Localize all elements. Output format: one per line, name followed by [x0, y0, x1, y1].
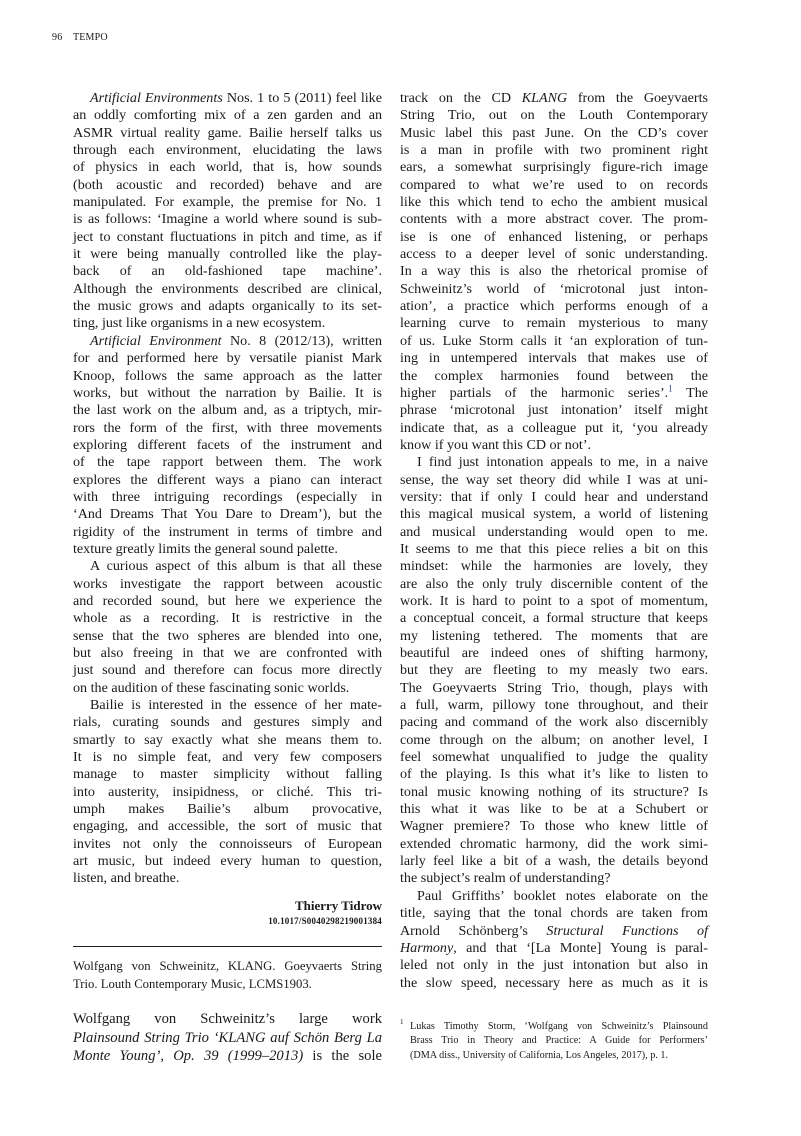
text-run: but also freeing in that we are confront… [73, 645, 382, 661]
text-run: Arnold Schönberg’s [400, 923, 546, 939]
text-line: on the audition of these fascinating son… [73, 680, 382, 697]
text-line: into austerity, insipidness, or cliché. … [73, 784, 382, 801]
text-run: ise is one of enhanced listening, or per… [400, 229, 708, 245]
listing-line: Wolfgang von Schweinitz, KLANG. Goeyvaer… [73, 957, 382, 975]
text-line: tonal music knowing nothing of its struc… [400, 784, 708, 801]
text-line: I find just intonation appeals to me, in… [400, 454, 708, 471]
text-line: ting, just like organisms in a new ecosy… [73, 315, 382, 332]
text-line: ise is one of enhanced listening, or per… [400, 229, 708, 246]
text-run: the complex harmonies found between the [400, 368, 708, 384]
text-run: works, but without the narration by Bail… [73, 385, 382, 401]
text-line: sense that the two spheres are blended i… [73, 628, 382, 645]
text-line: compared to what we’re used to on record… [400, 177, 708, 194]
text-run: sense that the two spheres are blended i… [73, 628, 382, 644]
footnote-line: Brass Trio in Theory and Practice: A Gui… [400, 1034, 708, 1048]
text-line: String Trio, out on the Louth Contempora… [400, 107, 708, 124]
italic-title: Monte Young’, Op. 39 (1999–2013) [73, 1048, 303, 1064]
text-line: and musical understanding would open to … [400, 524, 708, 541]
italic-title: KLANG [522, 90, 567, 106]
italic-title: Harmony [400, 940, 453, 956]
text-line: Bailie is interested in the essence of h… [73, 697, 382, 714]
text-line: smartly to say exactly what she means th… [73, 732, 382, 749]
text-line: It seems to me that this piece relies a … [400, 541, 708, 558]
paragraph: Artificial Environments Nos. 1 to 5 (201… [73, 90, 382, 333]
text-line: of the tape rapport between them. The wo… [73, 454, 382, 471]
text-line: ears, a somewhat surprisingly figure-ric… [400, 159, 708, 176]
text-line: and recorded sound, but here we experien… [73, 593, 382, 610]
text-line: just sound and therefore can focus more … [73, 662, 382, 679]
text-line: ation’, a practice which performs enough… [400, 298, 708, 315]
text-line: Music label this past June. On the CD’s … [400, 125, 708, 142]
text-line: Artificial Environment No. 8 (2012/13), … [73, 333, 382, 350]
text-line: leled not only in the just intonation bu… [400, 957, 708, 974]
left-column: Artificial Environments Nos. 1 to 5 (201… [73, 90, 382, 928]
text-run: a full, warm, pillowy tone throughout, a… [400, 697, 708, 713]
text-line: ASMR virtual reality game. Bailie hersel… [73, 125, 382, 142]
text-run: pacing and command of the work also disc… [400, 714, 708, 730]
text-line: track on the CD KLANG from the Goeyvaert… [400, 90, 708, 107]
text-run: of the playing. Is this what it’s like t… [400, 766, 708, 782]
text-line: learning curve to remain mysterious to m… [400, 315, 708, 332]
text-run: of us. Luke Storm calls it ‘an explorati… [400, 333, 708, 349]
text-run: back of an old-fashioned tape machine’. [73, 263, 382, 279]
text-line: engaging, and accessible, the sort of mu… [73, 818, 382, 835]
text-run: higher partials of the harmonic series’. [400, 385, 668, 401]
text-line: come through on the album; on another le… [400, 732, 708, 749]
text-line: indicate that, as a colleague put it, ‘y… [400, 420, 708, 437]
footnote-line: Lukas Timothy Storm, ‘Wolfgang von Schwe… [400, 1020, 708, 1034]
text-run: compared to what we’re used to on record… [400, 177, 708, 193]
text-run: extended chromatic harmony, did the work… [400, 836, 708, 852]
text-run: I find just intonation appeals to me, in… [417, 454, 708, 470]
text-run: ‘And Dreams That You Dare to Dream’), bu… [73, 506, 382, 522]
text-run: learning curve to remain mysterious to m… [400, 315, 708, 331]
text-run: and musical understanding would open to … [400, 524, 708, 540]
text-run: the subject’s realm of understanding? [400, 870, 611, 886]
text-line: ‘And Dreams That You Dare to Dream’), bu… [73, 506, 382, 523]
text-run: through each environment, elucidating th… [73, 142, 382, 158]
text-run: art music, but indeed every human to que… [73, 853, 382, 869]
text-line: larly feel like a bit of a wash, the det… [400, 853, 708, 870]
text-run: The [673, 385, 708, 401]
text-line: pacing and command of the work also disc… [400, 714, 708, 731]
review-separator-rule [73, 946, 382, 947]
text-line: the last work on the album and, as a tri… [73, 402, 382, 419]
text-run: the last work on the album and, as a tri… [73, 402, 382, 418]
text-run: versity: that if only I could hear and u… [400, 489, 708, 505]
text-line: it were being manually controlled like t… [73, 246, 382, 263]
text-line: Harmony, and that ‘[La Monte] Young is p… [400, 940, 708, 957]
text-line: Monte Young’, Op. 39 (1999–2013) is the … [73, 1047, 382, 1066]
text-run: know if you want this CD or not’. [400, 437, 591, 453]
text-run: this what it was like to be at a Schuber… [400, 801, 708, 817]
doi-link[interactable]: 10.1017/S0040298219001384 [73, 914, 382, 928]
text-line: manipulated. For example, the premise fo… [73, 194, 382, 211]
text-run: manage to master simplicity without fall… [73, 766, 382, 782]
text-line: explores the different ways a piano can … [73, 472, 382, 489]
text-line: manage to master simplicity without fall… [73, 766, 382, 783]
reviewer-name: Thierry Tidrow [73, 897, 382, 914]
text-line: the complex harmonies found between the [400, 368, 708, 385]
text-run: an oddly comforting mix of a zen garden … [73, 107, 382, 123]
text-line: Wagner premiere? To those who knew littl… [400, 818, 708, 835]
text-run: of physics in each world, that is, how s… [73, 159, 382, 175]
text-line: The Goeyvaerts String Trio, though, play… [400, 680, 708, 697]
text-line: of physics in each world, that is, how s… [73, 159, 382, 176]
text-line: works investigate the rapport between ac… [73, 576, 382, 593]
text-run: invites not only the connoisseurs of Eur… [73, 836, 382, 852]
text-line: It is no simple feat, and very few compo… [73, 749, 382, 766]
text-line: sense, the way set theory did while I wa… [400, 472, 708, 489]
text-run: ation’, a practice which performs enough… [400, 298, 708, 314]
text-run: A curious aspect of this album is that a… [90, 558, 382, 574]
text-run: String Trio, out on the Louth Contempora… [400, 107, 708, 123]
text-line: Arnold Schönberg’s Structural Functions … [400, 923, 708, 940]
text-line: whole as a recording. It is restrictive … [73, 610, 382, 627]
text-run: tonal music knowing nothing of its struc… [400, 784, 708, 800]
paragraph: Paul Griffiths’ booklet notes elaborate … [400, 888, 708, 992]
footnote-line: (DMA diss., University of California, Lo… [400, 1049, 708, 1063]
text-line: Wolfgang von Schweinitz’s large work [73, 1010, 382, 1029]
text-line: exploring different facets of the instru… [73, 437, 382, 454]
text-run: Music label this past June. On the CD’s … [400, 125, 708, 141]
text-line: access to a deeper level of sonic unders… [400, 246, 708, 263]
right-column: track on the CD KLANG from the Goeyvaert… [400, 90, 708, 992]
text-run: title, saying that the tonal chords are … [400, 905, 708, 921]
text-run: phrase ‘microtonal just intonation’ itse… [400, 402, 708, 418]
text-line: with three intriguing recordings (especi… [73, 489, 382, 506]
text-line: of the playing. Is this what it’s like t… [400, 766, 708, 783]
text-run: beautiful are indeed ones of shifting ha… [400, 645, 708, 661]
text-run: sense, the way set theory did while I wa… [400, 472, 708, 488]
text-run: but they are fleeting to my measly two e… [400, 662, 708, 678]
text-run: like this which tend to echo the ambient… [400, 194, 708, 210]
footnote: 1 Lukas Timothy Storm, ‘Wolfgang von Sch… [400, 1020, 708, 1063]
text-run: Bailie is interested in the essence of h… [90, 697, 382, 713]
text-run: It seems to me that this piece relies a … [400, 541, 708, 557]
text-run: No. 8 (2012/13), written [222, 333, 382, 349]
text-run: Wolfgang von Schweinitz’s large work [73, 1011, 382, 1027]
text-line: ject to constant fluctuations in pitch a… [73, 229, 382, 246]
text-run: ject to constant fluctuations in pitch a… [73, 229, 382, 245]
italic-title: Structural Functions of [546, 923, 708, 939]
text-run: this magical musical system, a world of … [400, 506, 708, 522]
text-run: rials, curating sounds and gestures simp… [73, 714, 382, 730]
text-line: a full, warm, pillowy tone throughout, a… [400, 697, 708, 714]
text-run: smartly to say exactly what she means th… [73, 732, 382, 748]
text-line: is a man in profile with two prominent r… [400, 142, 708, 159]
text-line: work. It is hard to point to a spot of m… [400, 593, 708, 610]
text-line: A curious aspect of this album is that a… [73, 558, 382, 575]
text-line: back of an old-fashioned tape machine’. [73, 263, 382, 280]
text-run: track on the CD [400, 90, 522, 106]
text-line: through each environment, elucidating th… [73, 142, 382, 159]
text-line: this what it was like to be at a Schuber… [400, 801, 708, 818]
text-line: an oddly comforting mix of a zen garden … [73, 107, 382, 124]
text-line: contents with a more abstract cover. The… [400, 211, 708, 228]
text-run: texture greatly limits the general sound… [73, 541, 338, 557]
text-line: like this which tend to echo the ambient… [400, 194, 708, 211]
listing-line: Trio. Louth Contemporary Music, LCMS1903… [73, 975, 382, 993]
text-run: Knoop, follows the same approach as the … [73, 368, 382, 384]
text-line: feel somewhat unqualified to judge the q… [400, 749, 708, 766]
text-run: ears, a somewhat surprisingly figure-ric… [400, 159, 708, 175]
text-run: access to a deeper level of sonic unders… [400, 246, 708, 262]
text-run: ing in untempered intervals that makes u… [400, 350, 708, 366]
text-line: In a way this is also the rhetorical pro… [400, 263, 708, 280]
text-line: a conceptual conceit, a formal structure… [400, 610, 708, 627]
text-run: with three intriguing recordings (especi… [73, 489, 382, 505]
text-line: this magical musical system, a world of … [400, 506, 708, 523]
running-head: 96 TEMPO [52, 32, 108, 43]
text-line: Paul Griffiths’ booklet notes elaborate … [400, 888, 708, 905]
text-run: Nos. 1 to 5 (2011) feel like [223, 90, 382, 106]
text-run: the music grows and adapts organically t… [73, 298, 382, 314]
text-line: art music, but indeed every human to que… [73, 853, 382, 870]
text-run: the slow speed, necessary here as much a… [400, 975, 708, 991]
text-run: exploring different facets of the instru… [73, 437, 382, 453]
italic-title: Artificial Environments [90, 90, 223, 106]
text-run: umph makes Bailie’s album provocative, [73, 801, 382, 817]
text-line: Although the environments described are … [73, 281, 382, 298]
text-run: leled not only in the just intonation bu… [400, 957, 708, 973]
text-line: invites not only the connoisseurs of Eur… [73, 836, 382, 853]
text-run: is the sole [303, 1048, 382, 1064]
text-line: the music grows and adapts organically t… [73, 298, 382, 315]
text-run: In a way this is also the rhetorical pro… [400, 263, 708, 279]
italic-title: Plainsound String Trio ‘KLANG auf Schön … [73, 1030, 382, 1046]
text-line: versity: that if only I could hear and u… [400, 489, 708, 506]
review-listing: Wolfgang von Schweinitz, KLANG. Goeyvaer… [73, 957, 382, 993]
text-line: of us. Luke Storm calls it ‘an explorati… [400, 333, 708, 350]
text-run: indicate that, as a colleague put it, ‘y… [400, 420, 708, 436]
journal-title: TEMPO [73, 32, 108, 43]
text-run: for and performed here by versatile pian… [73, 350, 382, 366]
text-line: my listening tethered. The moments that … [400, 628, 708, 645]
text-line: rors the form of the first, with three m… [73, 420, 382, 437]
text-line: are also the only truly discernible cont… [400, 576, 708, 593]
text-line: Artificial Environments Nos. 1 to 5 (201… [73, 90, 382, 107]
italic-title: Artificial Environment [90, 333, 222, 349]
review-opening: Wolfgang von Schweinitz’s large workPlai… [73, 1010, 382, 1066]
text-run: larly feel like a bit of a wash, the det… [400, 853, 708, 869]
text-run: feel somewhat unqualified to judge the q… [400, 749, 708, 765]
text-run: is a man in profile with two prominent r… [400, 142, 708, 158]
text-line: beautiful are indeed ones of shifting ha… [400, 645, 708, 662]
text-line: rigidity of the instrument in terms of t… [73, 524, 382, 541]
footnote-number: 1 [400, 1018, 404, 1026]
paragraph: Bailie is interested in the essence of h… [73, 697, 382, 888]
text-line: texture greatly limits the general sound… [73, 541, 382, 558]
text-run: into austerity, insipidness, or cliché. … [73, 784, 382, 800]
text-run: rigidity of the instrument in terms of t… [73, 524, 382, 540]
text-run: my listening tethered. The moments that … [400, 628, 708, 644]
text-run: rors the form of the first, with three m… [73, 420, 382, 436]
text-run: It is no simple feat, and very few compo… [73, 749, 382, 765]
text-line: Knoop, follows the same approach as the … [73, 368, 382, 385]
text-line: know if you want this CD or not’. [400, 437, 708, 454]
text-line: listen, and breathe. [73, 870, 382, 887]
paragraph: track on the CD KLANG from the Goeyvaert… [400, 90, 708, 454]
text-run: work. It is hard to point to a spot of m… [400, 593, 708, 609]
paragraph: Artificial Environment No. 8 (2012/13), … [73, 333, 382, 558]
text-line: Schweinitz’s world of ‘microtonal just i… [400, 281, 708, 298]
text-run: contents with a more abstract cover. The… [400, 211, 708, 227]
text-line: rials, curating sounds and gestures simp… [73, 714, 382, 731]
text-line: higher partials of the harmonic series’.… [400, 385, 708, 402]
text-run: explores the different ways a piano can … [73, 472, 382, 488]
text-run: and recorded sound, but here we experien… [73, 593, 382, 609]
text-run: works investigate the rapport between ac… [73, 576, 382, 592]
text-run: engaging, and accessible, the sort of mu… [73, 818, 382, 834]
text-run: Although the environments described are … [73, 281, 382, 297]
text-line: phrase ‘microtonal just intonation’ itse… [400, 402, 708, 419]
text-line: extended chromatic harmony, did the work… [400, 836, 708, 853]
text-line: but they are fleeting to my measly two e… [400, 662, 708, 679]
text-run: ASMR virtual reality game. Bailie hersel… [73, 125, 382, 141]
text-line: works, but without the narration by Bail… [73, 385, 382, 402]
text-run: of the tape rapport between them. The wo… [73, 454, 382, 470]
text-line: umph makes Bailie’s album provocative, [73, 801, 382, 818]
text-line: but also freeing in that we are confront… [73, 645, 382, 662]
text-line: ing in untempered intervals that makes u… [400, 350, 708, 367]
text-run: on the audition of these fascinating son… [73, 680, 349, 696]
text-line: (both acoustic and recorded) behave and … [73, 177, 382, 194]
text-run: listen, and breathe. [73, 870, 179, 886]
text-run: , and that ‘[La Monte] Young is paral- [453, 940, 708, 956]
text-run: is as follows: ‘Imagine a world where so… [73, 211, 382, 227]
text-run: whole as a recording. It is restrictive … [73, 610, 382, 626]
text-line: mindset: while the harmonies are lovely,… [400, 558, 708, 575]
text-run: come through on the album; on another le… [400, 732, 708, 748]
text-line: for and performed here by versatile pian… [73, 350, 382, 367]
text-run: it were being manually controlled like t… [73, 246, 382, 262]
text-run: from the Goeyvaerts [567, 90, 708, 106]
text-run: are also the only truly discernible cont… [400, 576, 708, 592]
text-line: title, saying that the tonal chords are … [400, 905, 708, 922]
paragraph: I find just intonation appeals to me, in… [400, 454, 708, 888]
text-line: the slow speed, necessary here as much a… [400, 975, 708, 992]
text-run: just sound and therefore can focus more … [73, 662, 382, 678]
text-run: a conceptual conceit, a formal structure… [400, 610, 708, 626]
text-run: The Goeyvaerts String Trio, though, play… [400, 680, 708, 696]
text-run: Paul Griffiths’ booklet notes elaborate … [417, 888, 708, 904]
text-run: Schweinitz’s world of ‘microtonal just i… [400, 281, 708, 297]
text-run: Wagner premiere? To those who knew littl… [400, 818, 708, 834]
text-run: ting, just like organisms in a new ecosy… [73, 315, 325, 331]
text-run: manipulated. For example, the premise fo… [73, 194, 382, 210]
text-run: (both acoustic and recorded) behave and … [73, 177, 382, 193]
text-line: the subject’s realm of understanding? [400, 870, 708, 887]
page-number: 96 [52, 32, 62, 43]
text-line: Plainsound String Trio ‘KLANG auf Schön … [73, 1029, 382, 1048]
paragraph: A curious aspect of this album is that a… [73, 558, 382, 697]
text-run: mindset: while the harmonies are lovely,… [400, 558, 708, 574]
text-line: is as follows: ‘Imagine a world where so… [73, 211, 382, 228]
